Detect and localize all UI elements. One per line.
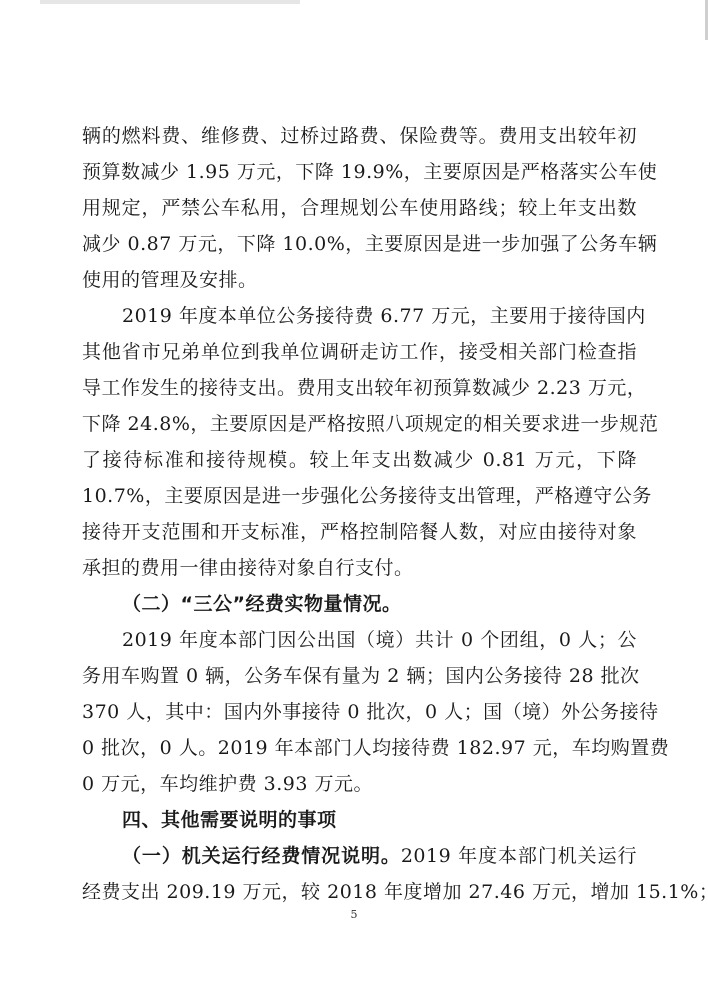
- section-heading-4: 四、其他需要说明的事项: [82, 802, 637, 838]
- paragraph-line: 下降 24.8%，主要原因是严格按照八项规定的相关要求进一步规范: [82, 406, 637, 442]
- document-page: 辆的燃料费、维修费、过桥过路费、保险费等。费用支出较年初预算数减少 1.95 万…: [0, 0, 708, 1000]
- paragraph-line: 承担的费用一律由接待对象自行支付。: [82, 550, 637, 586]
- paragraph-line: 用规定，严禁公车私用，合理规划公车使用路线；较上年支出数: [82, 190, 637, 226]
- paragraph-line: 使用的管理及安排。: [82, 262, 637, 298]
- paragraph-line: 经费支出 209.19 万元，较 2018 年度增加 27.46 万元，增加 1…: [82, 874, 637, 910]
- paragraph-line: 其他省市兄弟单位到我单位调研走访工作，接受相关部门检查指: [82, 334, 637, 370]
- paragraph-line: 了接待标准和接待规模。较上年支出数减少 0.81 万元，下降: [82, 442, 637, 478]
- subsection-1-line: （一）机关运行经费情况说明。2019 年度本部门机关运行: [82, 838, 637, 874]
- paragraph-line: 10.7%，主要原因是进一步强化公务接待支出管理，严格遵守公务: [82, 478, 637, 514]
- paragraph-block-2: 2019 年度本部门因公出国（境）共计 0 个团组，0 人；公务用车购置 0 辆…: [82, 622, 637, 802]
- paragraph-line: 预算数减少 1.95 万元，下降 19.9%，主要原因是严格落实公车使: [82, 154, 637, 190]
- document-body: 辆的燃料费、维修费、过桥过路费、保险费等。费用支出较年初预算数减少 1.95 万…: [82, 118, 637, 910]
- paragraph-line: 370 人，其中：国内外事接待 0 批次，0 人；国（境）外公务接待: [82, 694, 637, 730]
- section-heading-2: （二）“三公”经费实物量情况。: [82, 586, 637, 622]
- paragraph-line: 务用车购置 0 辆，公务车保有量为 2 辆；国内公务接待 28 批次: [82, 658, 637, 694]
- subsection-1-text: 2019 年度本部门机关运行: [401, 845, 637, 867]
- page-number: 5: [0, 908, 708, 921]
- paragraph-line: 2019 年度本单位公务接待费 6.77 万元，主要用于接待国内: [82, 298, 637, 334]
- scan-artifact: [40, 0, 300, 4]
- paragraph-line: 接待开支范围和开支标准，严格控制陪餐人数，对应由接待对象: [82, 514, 637, 550]
- paragraph-line: 导工作发生的接待支出。费用支出较年初预算数减少 2.23 万元，: [82, 370, 637, 406]
- subsection-1-label: （一）机关运行经费情况说明。: [122, 845, 401, 867]
- paragraph-line: 辆的燃料费、维修费、过桥过路费、保险费等。费用支出较年初: [82, 118, 637, 154]
- paragraph-line: 0 万元，车均维护费 3.93 万元。: [82, 766, 637, 802]
- paragraph-block-1: 辆的燃料费、维修费、过桥过路费、保险费等。费用支出较年初预算数减少 1.95 万…: [82, 118, 637, 586]
- paragraph-line: 0 批次，0 人。2019 年本部门人均接待费 182.97 元，车均购置费: [82, 730, 637, 766]
- paragraph-line: 2019 年度本部门因公出国（境）共计 0 个团组，0 人；公: [82, 622, 637, 658]
- paragraph-line: 减少 0.87 万元，下降 10.0%，主要原因是进一步加强了公务车辆: [82, 226, 637, 262]
